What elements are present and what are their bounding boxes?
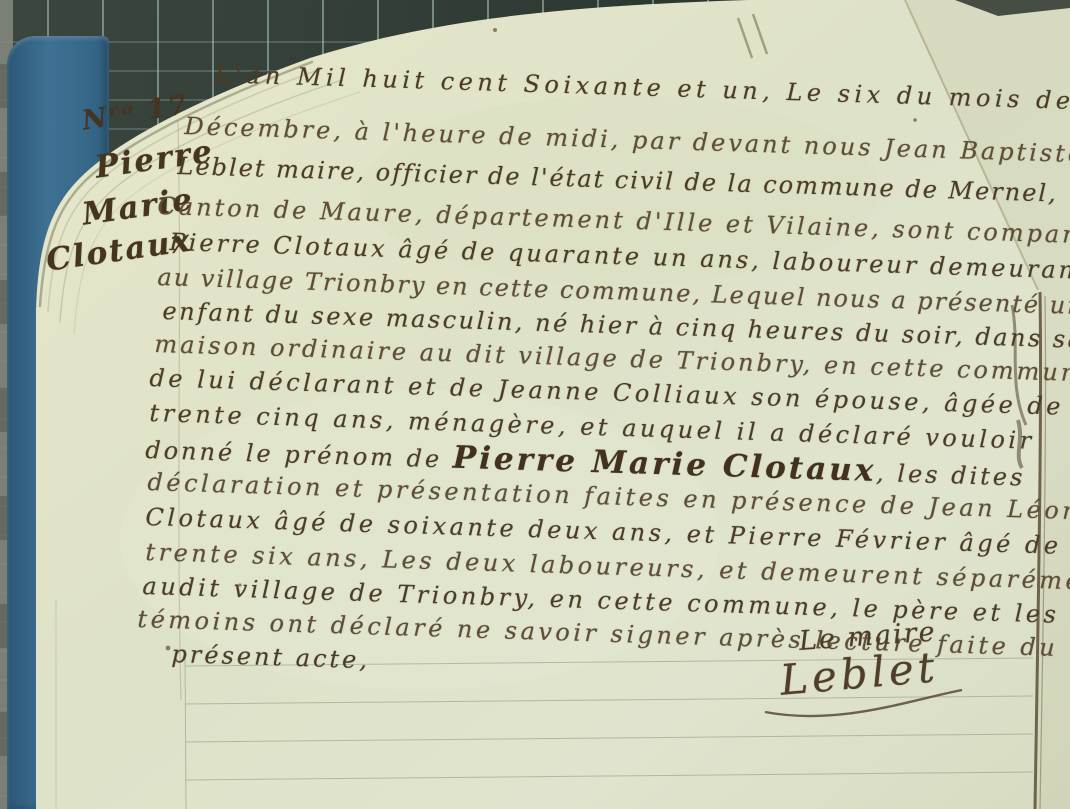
name-line-prefix: donné le prénom de <box>145 436 453 474</box>
manuscript-line: L'an Mil huit cent Soixante et un, Le si… <box>214 60 1070 115</box>
act-number-label: Nʳᵒ 17 <box>80 89 191 136</box>
photo-of-register: Nʳᵒ 17 Pierre Marie Clotaux L'an Mil hui… <box>0 0 1070 809</box>
manuscript-text-layer: Nʳᵒ 17 Pierre Marie Clotaux L'an Mil hui… <box>0 0 1070 809</box>
name-line-suffix: , les dites <box>876 459 1026 492</box>
manuscript-line: présent acte, <box>171 640 370 674</box>
